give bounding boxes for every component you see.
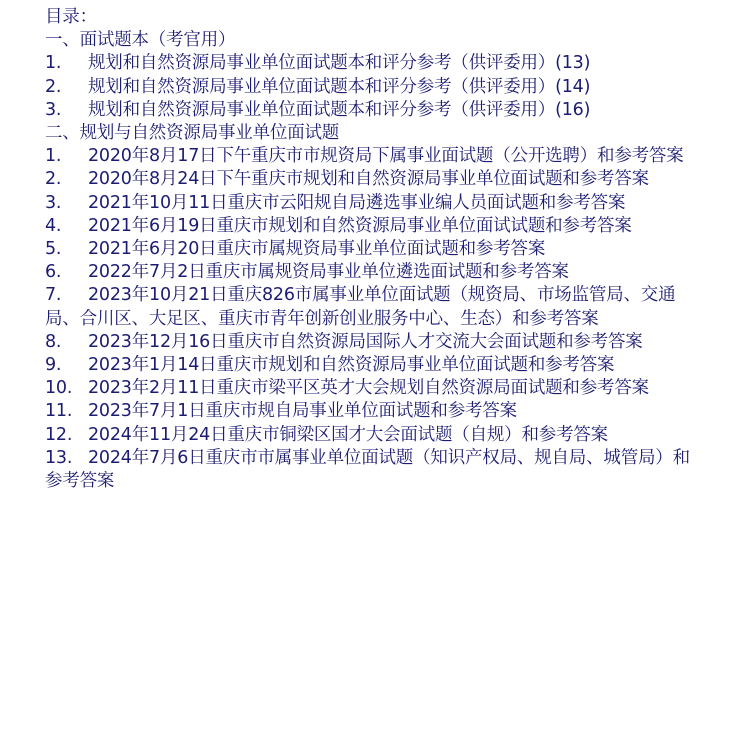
item-text: 规划和自然资源局事业单位面试题本和评分参考（供评委用）(16) <box>88 100 590 120</box>
item-number: 1. <box>45 145 88 168</box>
item-number: 4. <box>45 215 88 238</box>
item-number: 6. <box>45 261 88 284</box>
item-text: 2021年6月20日重庆市属规资局事业单位面试题和参考答案 <box>88 239 545 259</box>
toc-item[interactable]: 12.2024年11月24日重庆市铜梁区国才大会面试题（自规）和参考答案 <box>45 424 705 447</box>
toc-item[interactable]: 7.2023年10月21日重庆826市属事业单位面试题（规资局、市场监管局、交通… <box>45 284 705 330</box>
item-text: 2023年10月21日重庆826市属事业单位面试题（规资局、市场监管局、交通局、… <box>45 285 675 328</box>
item-number: 10. <box>45 377 88 400</box>
item-number: 1. <box>45 52 88 75</box>
item-text: 2024年11月24日重庆市铜梁区国才大会面试题（自规）和参考答案 <box>88 425 608 445</box>
item-text: 2023年1月14日重庆市规划和自然资源局事业单位面试题和参考答案 <box>88 355 614 375</box>
toc-item[interactable]: 2.2020年8月24日下午重庆市规划和自然资源局事业单位面试题和参考答案 <box>45 168 705 191</box>
item-number: 13. <box>45 447 88 470</box>
item-number: 7. <box>45 284 88 307</box>
toc-item[interactable]: 3.2021年10月11日重庆市云阳规自局遴选事业编人员面试题和参考答案 <box>45 192 705 215</box>
item-text: 规划和自然资源局事业单位面试题本和评分参考（供评委用）(14) <box>88 77 590 97</box>
table-of-contents: 目录： 一、面试题本（考官用） 1.规划和自然资源局事业单位面试题本和评分参考（… <box>45 6 705 493</box>
item-text: 2023年2月11日重庆市梁平区英才大会规划自然资源局面试题和参考答案 <box>88 378 649 398</box>
item-text: 2021年6月19日重庆市规划和自然资源局事业单位面试试题和参考答案 <box>88 216 632 236</box>
item-text: 规划和自然资源局事业单位面试题本和评分参考（供评委用）(13) <box>88 53 590 73</box>
toc-item[interactable]: 6.2022年7月2日重庆市属规资局事业单位遴选面试题和参考答案 <box>45 261 705 284</box>
section-heading: 一、面试题本（考官用） <box>45 29 705 52</box>
item-text: 2022年7月2日重庆市属规资局事业单位遴选面试题和参考答案 <box>88 262 569 282</box>
toc-item[interactable]: 8.2023年12月16日重庆市自然资源局国际人才交流大会面试题和参考答案 <box>45 331 705 354</box>
item-number: 3. <box>45 99 88 122</box>
section-heading: 二、规划与自然资源局事业单位面试题 <box>45 122 705 145</box>
item-number: 2. <box>45 168 88 191</box>
toc-item[interactable]: 13.2024年7月6日重庆市市属事业单位面试题（知识产权局、规自局、城管局）和… <box>45 447 705 493</box>
toc-item[interactable]: 9.2023年1月14日重庆市规划和自然资源局事业单位面试题和参考答案 <box>45 354 705 377</box>
item-number: 2. <box>45 76 88 99</box>
toc-item[interactable]: 1.2020年8月17日下午重庆市市规资局下属事业面试题（公开选聘）和参考答案 <box>45 145 705 168</box>
item-text: 2020年8月17日下午重庆市市规资局下属事业面试题（公开选聘）和参考答案 <box>88 146 684 166</box>
toc-item[interactable]: 3.规划和自然资源局事业单位面试题本和评分参考（供评委用）(16) <box>45 99 705 122</box>
toc-item[interactable]: 4.2021年6月19日重庆市规划和自然资源局事业单位面试试题和参考答案 <box>45 215 705 238</box>
item-text: 2020年8月24日下午重庆市规划和自然资源局事业单位面试题和参考答案 <box>88 169 649 189</box>
toc-item[interactable]: 10.2023年2月11日重庆市梁平区英才大会规划自然资源局面试题和参考答案 <box>45 377 705 400</box>
item-text: 2024年7月6日重庆市市属事业单位面试题（知识产权局、规自局、城管局）和参考答… <box>45 448 690 491</box>
section-1: 一、面试题本（考官用） 1.规划和自然资源局事业单位面试题本和评分参考（供评委用… <box>45 29 705 122</box>
toc-item[interactable]: 2.规划和自然资源局事业单位面试题本和评分参考（供评委用）(14) <box>45 76 705 99</box>
item-number: 8. <box>45 331 88 354</box>
item-text: 2023年7月1日重庆市规自局事业单位面试题和参考答案 <box>88 401 517 421</box>
item-text: 2021年10月11日重庆市云阳规自局遴选事业编人员面试题和参考答案 <box>88 193 625 213</box>
section-2: 二、规划与自然资源局事业单位面试题 1.2020年8月17日下午重庆市市规资局下… <box>45 122 705 493</box>
item-number: 5. <box>45 238 88 261</box>
item-text: 2023年12月16日重庆市自然资源局国际人才交流大会面试题和参考答案 <box>88 332 643 352</box>
toc-item[interactable]: 1.规划和自然资源局事业单位面试题本和评分参考（供评委用）(13) <box>45 52 705 75</box>
toc-item[interactable]: 11.2023年7月1日重庆市规自局事业单位面试题和参考答案 <box>45 400 705 423</box>
item-number: 9. <box>45 354 88 377</box>
item-number: 11. <box>45 400 88 423</box>
toc-title: 目录： <box>45 6 705 29</box>
item-number: 12. <box>45 424 88 447</box>
toc-item[interactable]: 5.2021年6月20日重庆市属规资局事业单位面试题和参考答案 <box>45 238 705 261</box>
item-number: 3. <box>45 192 88 215</box>
